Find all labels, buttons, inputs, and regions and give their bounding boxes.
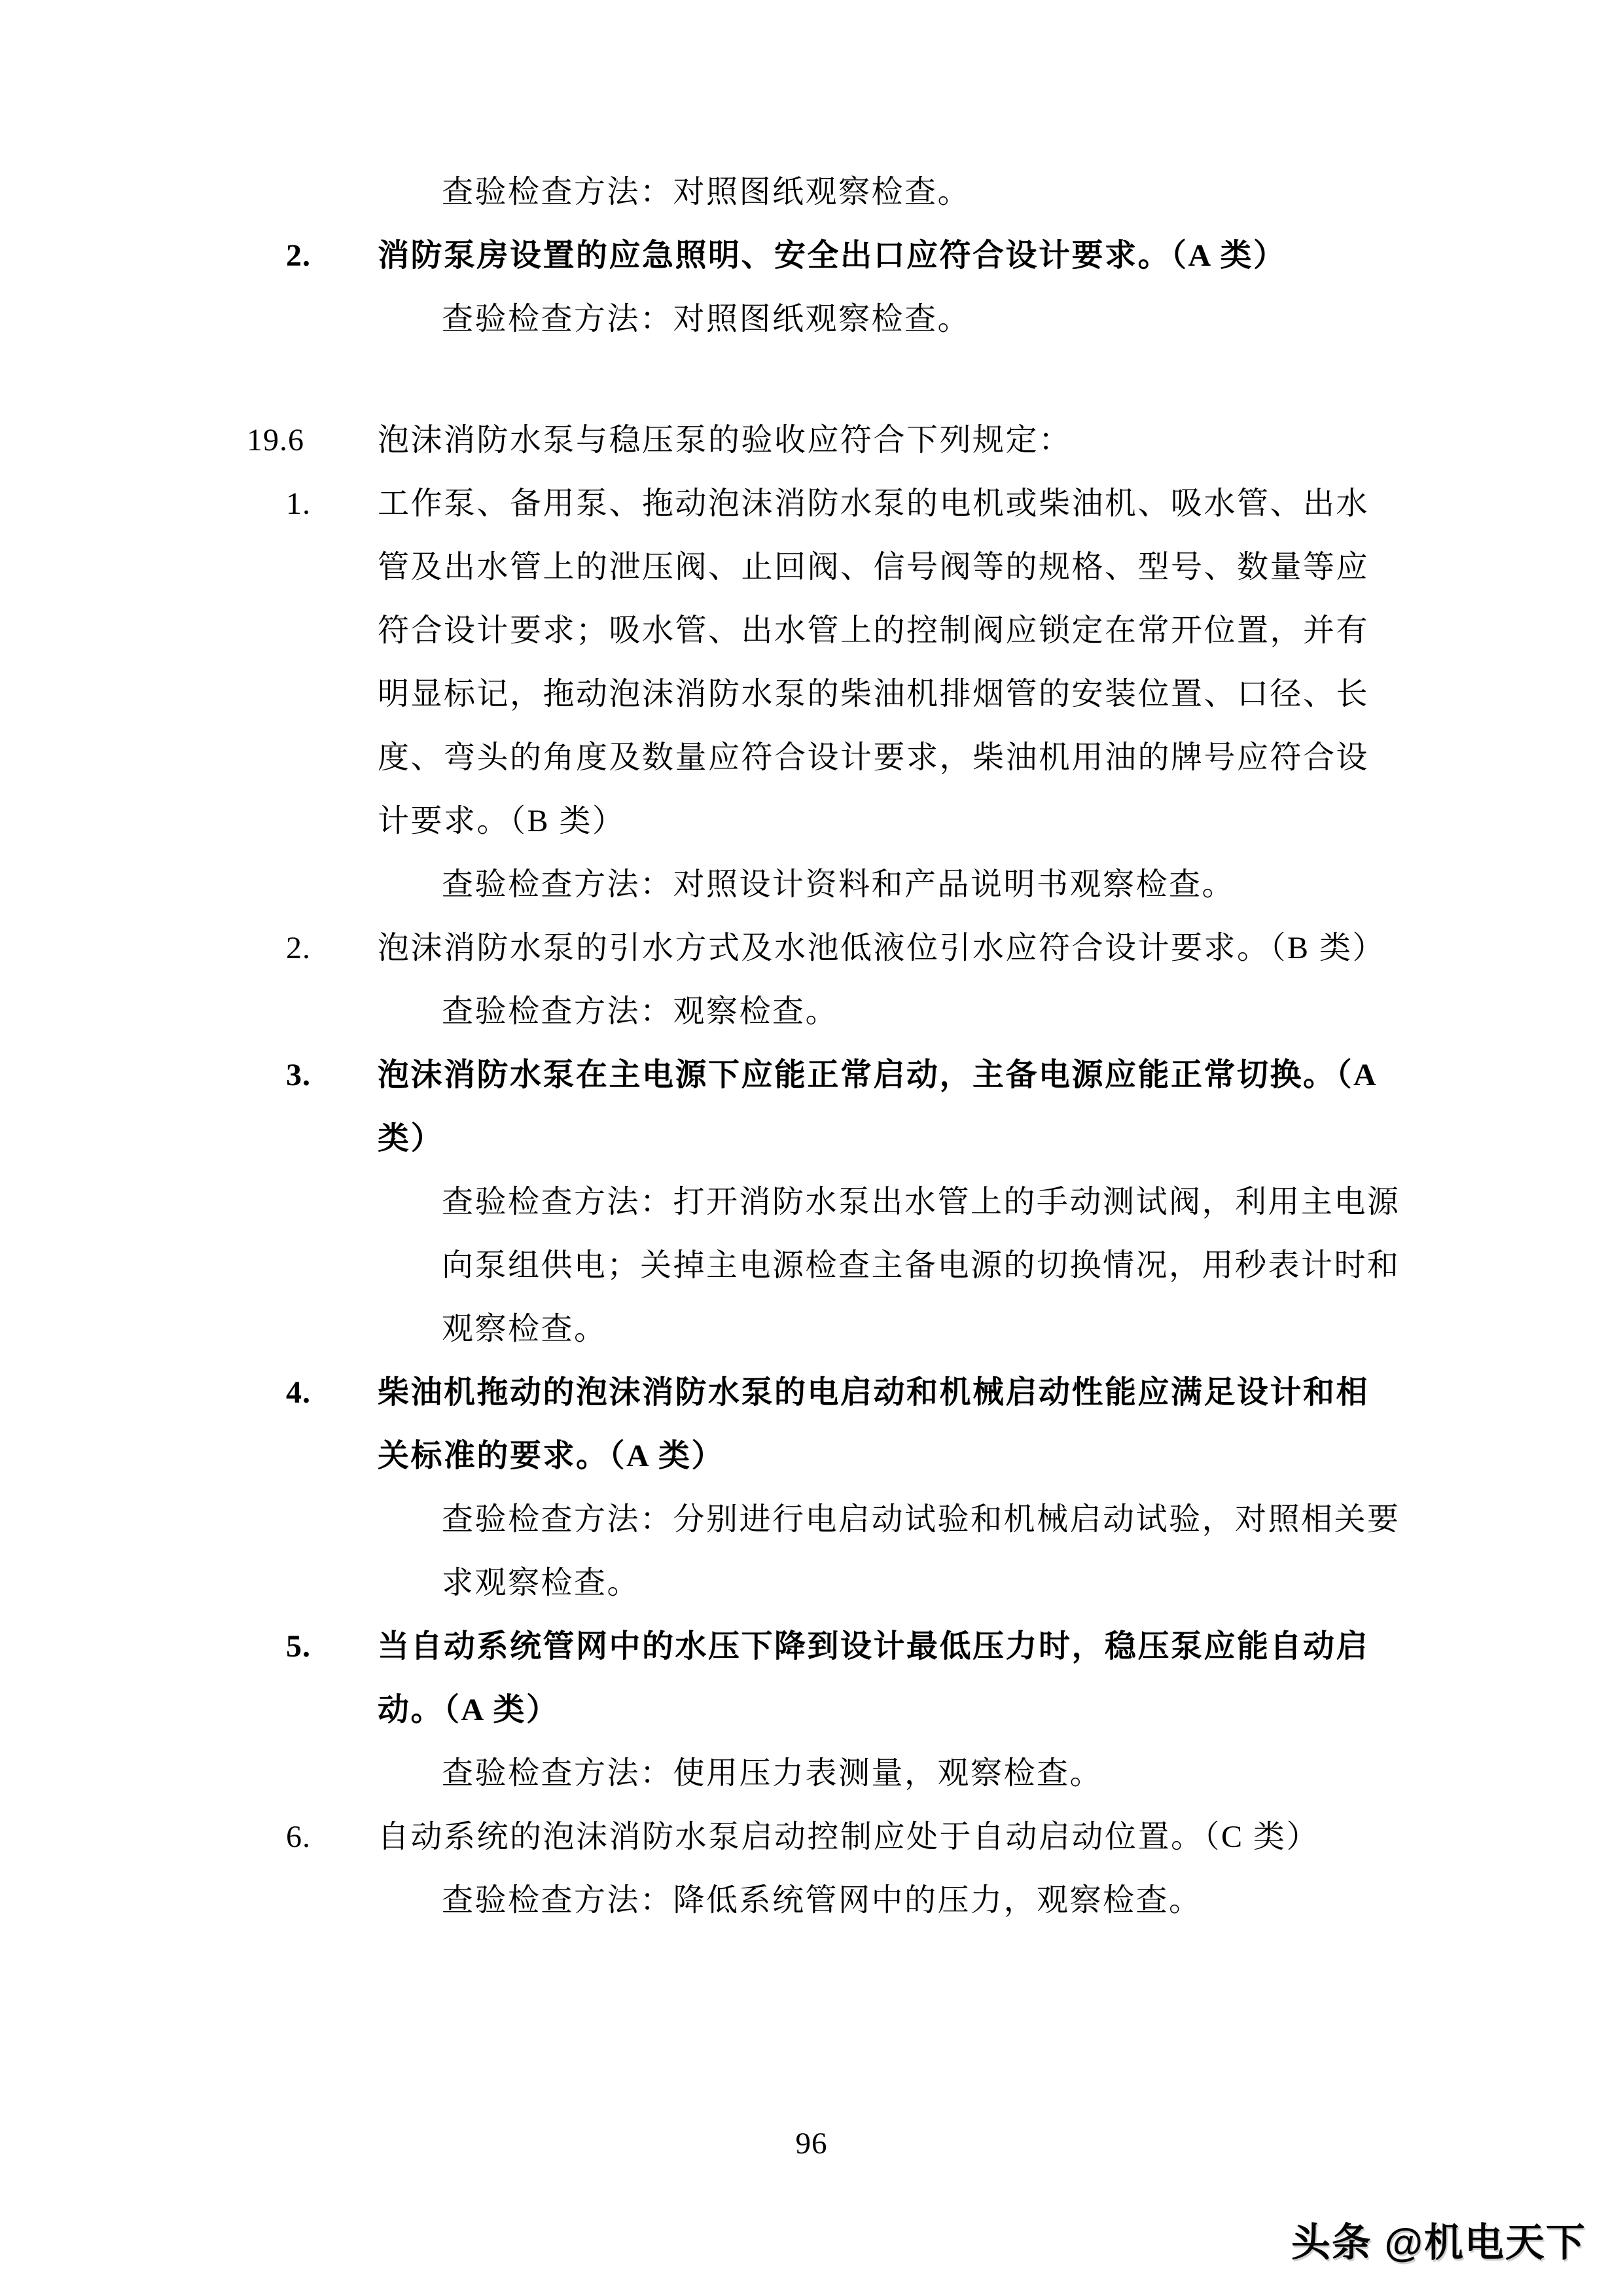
clause-number: 3.: [286, 1043, 311, 1107]
text-line: 类）: [0, 1107, 1623, 1170]
text-line: 2.泡沫消防水泵的引水方式及水池低液位引水应符合设计要求。（B 类）: [0, 916, 1623, 980]
line-text: 管及出水管上的泄压阀、止回阀、信号阀等的规格、型号、数量等应: [0, 535, 1623, 599]
text-line: 查验检查方法：降低系统管网中的压力，观察检查。: [0, 1869, 1623, 1932]
clause-number: 1.: [286, 472, 311, 535]
line-text: 消防泵房设置的应急照明、安全出口应符合设计要求。（A 类）: [0, 224, 1623, 287]
line-text: 自动系统的泡沫消防水泵启动控制应处于自动启动位置。（C 类）: [0, 1805, 1623, 1869]
clause-number: 5.: [286, 1615, 311, 1678]
text-line: 观察检查。: [0, 1297, 1623, 1361]
line-text: 类）: [0, 1107, 1623, 1170]
line-text: 查验检查方法：分别进行电启动试验和机械启动试验，对照相关要: [0, 1488, 1623, 1551]
text-line: 关标准的要求。（A 类）: [0, 1424, 1623, 1488]
text-line: 5.当自动系统管网中的水压下降到设计最低压力时，稳压泵应能自动启: [0, 1615, 1623, 1678]
text-line: 向泵组供电；关掉主电源检查主备电源的切换情况，用秒表计时和: [0, 1234, 1623, 1297]
text-line: 19.6泡沫消防水泵与稳压泵的验收应符合下列规定：: [0, 408, 1623, 472]
text-line: 2.消防泵房设置的应急照明、安全出口应符合设计要求。（A 类）: [0, 224, 1623, 287]
text-line: 1.工作泵、备用泵、拖动泡沫消防水泵的电机或柴油机、吸水管、出水: [0, 472, 1623, 535]
text-line: 查验检查方法：打开消防水泵出水管上的手动测试阀，利用主电源: [0, 1170, 1623, 1234]
line-text: 查验检查方法：对照图纸观察检查。: [0, 287, 1623, 351]
line-text: 关标准的要求。（A 类）: [0, 1424, 1623, 1488]
text-line: 6.自动系统的泡沫消防水泵启动控制应处于自动启动位置。（C 类）: [0, 1805, 1623, 1869]
line-text: 泡沫消防水泵在主电源下应能正常启动，主备电源应能正常切换。（A: [0, 1043, 1623, 1107]
watermark-toutiao: 头条 @机电天下: [1291, 2219, 1586, 2267]
text-line: 管及出水管上的泄压阀、止回阀、信号阀等的规格、型号、数量等应: [0, 535, 1623, 599]
line-text: 查验检查方法：对照设计资料和产品说明书观察检查。: [0, 853, 1623, 916]
text-line: 查验检查方法：对照图纸观察检查。: [0, 160, 1623, 224]
line-text: 计要求。（B 类）: [0, 789, 1623, 853]
text-line: 度、弯头的角度及数量应符合设计要求，柴油机用油的牌号应符合设: [0, 726, 1623, 789]
text-line: 4.柴油机拖动的泡沫消防水泵的电启动和机械启动性能应满足设计和相: [0, 1361, 1623, 1424]
line-text: 泡沫消防水泵的引水方式及水池低液位引水应符合设计要求。（B 类）: [0, 916, 1623, 980]
clause-number: 2.: [286, 916, 311, 980]
line-text: 向泵组供电；关掉主电源检查主备电源的切换情况，用秒表计时和: [0, 1234, 1623, 1297]
line-text: 求观察检查。: [0, 1551, 1623, 1615]
document-body: 查验检查方法：对照图纸观察检查。2.消防泵房设置的应急照明、安全出口应符合设计要…: [0, 160, 1623, 1932]
text-line: 查验检查方法：对照图纸观察检查。: [0, 287, 1623, 351]
clause-number: 19.6: [247, 408, 304, 472]
text-line: 查验检查方法：观察检查。: [0, 980, 1623, 1043]
line-text: 柴油机拖动的泡沫消防水泵的电启动和机械启动性能应满足设计和相: [0, 1361, 1623, 1424]
text-line: 求观察检查。: [0, 1551, 1623, 1615]
text-line: 动。（A 类）: [0, 1678, 1623, 1742]
line-text: 观察检查。: [0, 1297, 1623, 1361]
line-text: 动。（A 类）: [0, 1678, 1623, 1742]
line-text: 查验检查方法：降低系统管网中的压力，观察检查。: [0, 1869, 1623, 1932]
text-line: 查验检查方法：使用压力表测量，观察检查。: [0, 1742, 1623, 1805]
text-line: 3.泡沫消防水泵在主电源下应能正常启动，主备电源应能正常切换。（A: [0, 1043, 1623, 1107]
text-line: 符合设计要求；吸水管、出水管上的控制阀应锁定在常开位置，并有: [0, 599, 1623, 662]
clause-number: 4.: [286, 1361, 311, 1424]
clause-number: 2.: [286, 224, 311, 287]
line-text: 符合设计要求；吸水管、出水管上的控制阀应锁定在常开位置，并有: [0, 599, 1623, 662]
line-text: 查验检查方法：打开消防水泵出水管上的手动测试阀，利用主电源: [0, 1170, 1623, 1234]
line-text: 明显标记，拖动泡沫消防水泵的柴油机排烟管的安装位置、口径、长: [0, 662, 1623, 726]
text-line: 查验检查方法：对照设计资料和产品说明书观察检查。: [0, 853, 1623, 916]
line-text: 工作泵、备用泵、拖动泡沫消防水泵的电机或柴油机、吸水管、出水: [0, 472, 1623, 535]
line-text: 度、弯头的角度及数量应符合设计要求，柴油机用油的牌号应符合设: [0, 726, 1623, 789]
document-page: 查验检查方法：对照图纸观察检查。2.消防泵房设置的应急照明、安全出口应符合设计要…: [0, 0, 1623, 2296]
blank-line: [0, 351, 1623, 408]
text-line: 明显标记，拖动泡沫消防水泵的柴油机排烟管的安装位置、口径、长: [0, 662, 1623, 726]
line-text: 当自动系统管网中的水压下降到设计最低压力时，稳压泵应能自动启: [0, 1615, 1623, 1678]
text-line: 计要求。（B 类）: [0, 789, 1623, 853]
line-text: 泡沫消防水泵与稳压泵的验收应符合下列规定：: [0, 408, 1623, 472]
text-line: 查验检查方法：分别进行电启动试验和机械启动试验，对照相关要: [0, 1488, 1623, 1551]
clause-number: 6.: [286, 1805, 311, 1869]
line-text: 查验检查方法：使用压力表测量，观察检查。: [0, 1742, 1623, 1805]
page-number: 96: [0, 2124, 1623, 2163]
line-text: 查验检查方法：对照图纸观察检查。: [0, 160, 1623, 224]
line-text: 查验检查方法：观察检查。: [0, 980, 1623, 1043]
